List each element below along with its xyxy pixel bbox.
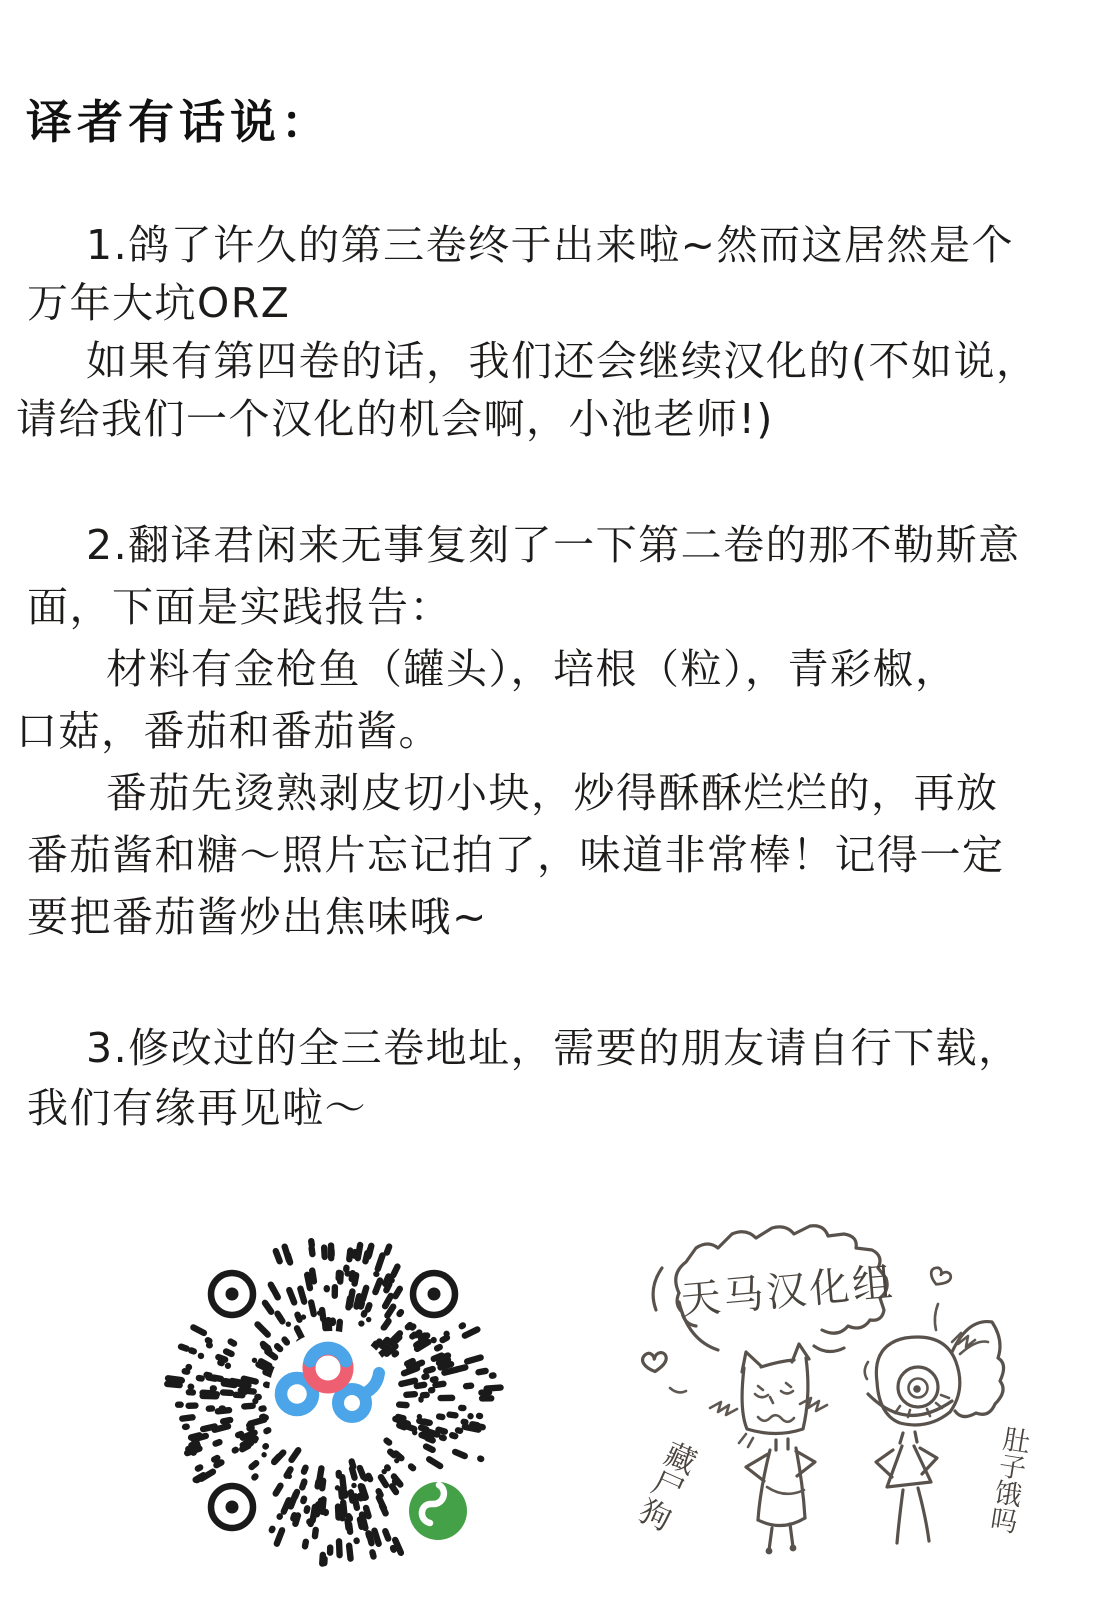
text-line: 3.修改过的全三卷地址，需要的朋友请自行下载， [86,1018,1096,1078]
note-paragraph-3: 3.修改过的全三卷地址，需要的朋友请自行下载， 我们有缘再见啦～ [0,1018,1096,1138]
side-text: 肚子饿吗 [984,1424,1032,1536]
text-line: 如果有第四卷的话，我们还会继续汉化的(不如说， [86,332,1096,390]
credits-doodle: 天马汉化组 [600,1190,1096,1600]
text-line: 口菇，番茄和番茄酱。 [16,700,1096,762]
speech-bubble: 天马汉化组 [653,1226,897,1352]
text-line: 请给我们一个汉化的机会啊，小池老师!) [16,390,1096,448]
baidu-netdisk-logo [269,1331,393,1455]
eyeball-character [865,1322,1004,1543]
page-title: 译者有话说： [26,86,332,152]
text-line: 万年大坑ORZ [27,274,1096,332]
signature-text: 藏尸狗 [630,1435,701,1535]
text-line: 番茄先烫熟剥皮切小块，炒得酥酥烂烂的，再放 [106,762,1096,824]
text-line: 2.翻译君闲来无事复刻了一下第二卷的那不勒斯意 [86,514,1096,576]
text-line: 材料有金枪鱼（罐头），培根（粒），青彩椒， [106,638,1096,700]
text-line: 面，下面是实践报告： [27,576,1096,638]
scan-badge [409,1482,467,1540]
text-line: 我们有缘再见啦～ [27,1078,1096,1138]
text-line: 要把番茄酱炒出焦味哦~ [27,886,1096,948]
qr-code-baidu-netdisk [158,1228,510,1580]
heart-icon [929,1267,952,1330]
cat-character [710,1344,827,1554]
note-paragraph-2: 2.翻译君闲来无事复刻了一下第二卷的那不勒斯意 面，下面是实践报告： 材料有金枪… [0,514,1096,948]
translator-note-page: 译者有话说： 1.鸽了许久的第三卷终于出来啦~然而这居然是个 万年大坑ORZ 如… [0,0,1096,1600]
heart-icon [641,1348,686,1392]
note-paragraph-1: 1.鸽了许久的第三卷终于出来啦~然而这居然是个 万年大坑ORZ 如果有第四卷的话… [0,216,1096,448]
text-line: 番茄酱和糖～照片忘记拍了，味道非常棒！记得一定 [27,824,1096,886]
text-line: 1.鸽了许久的第三卷终于出来啦~然而这居然是个 [86,216,1096,274]
bubble-text: 天马汉化组 [679,1259,897,1324]
